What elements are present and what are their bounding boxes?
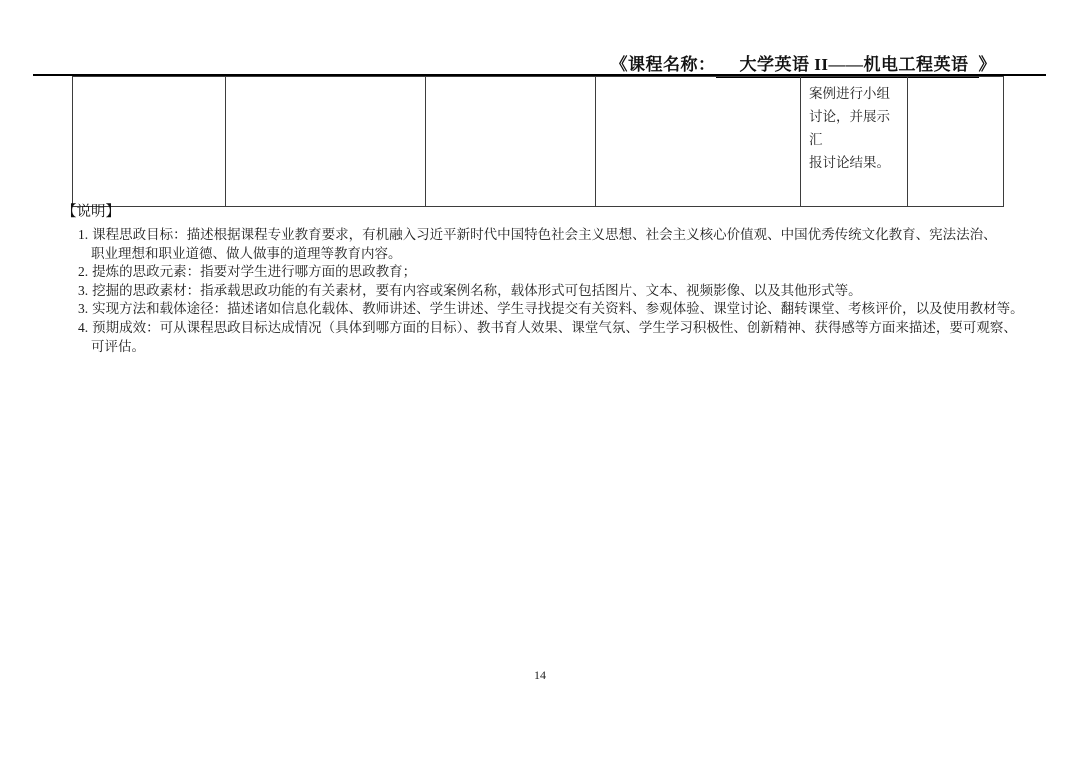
note-number: 1. bbox=[78, 227, 88, 242]
note-text: 挖掘的思政素材：指承载思政功能的有关素材，要有内容或案例名称，载体形式可包括图片… bbox=[92, 283, 862, 298]
notes-list: 1.课程思政目标：描述根据课程专业教育要求，有机融入习近平新时代中国特色社会主义… bbox=[78, 226, 1057, 356]
syllabus-table-continuation: 案例进行小组 讨论，并展示汇 报讨论结果。 bbox=[72, 76, 1004, 207]
course-title-suffix: 》 bbox=[979, 55, 997, 74]
note-item-4: 4.预期成效：可从课程思政目标达成情况（具体到哪方面的目标）、教书育人效果、课堂… bbox=[78, 319, 1057, 356]
note-number: 2. bbox=[78, 264, 88, 279]
note-item-2: 2.提炼的思政元素：指要对学生进行哪方面的思政教育； bbox=[78, 263, 1057, 282]
note-item-1: 1.课程思政目标：描述根据课程专业教育要求，有机融入习近平新时代中国特色社会主义… bbox=[78, 226, 1057, 263]
table-cell bbox=[596, 77, 801, 207]
note-text: 实现方法和载体途径：描述诸如信息化载体、教师讲述、学生讲述、学生寻找提交有关资料… bbox=[92, 301, 1024, 316]
note-text: 预期成效：可从课程思政目标达成情况（具体到哪方面的目标）、教书育人效果、课堂气氛… bbox=[91, 320, 1017, 354]
note-text: 提炼的思政元素：指要对学生进行哪方面的思政教育； bbox=[92, 264, 416, 279]
course-title-prefix: 《课程名称： bbox=[611, 55, 716, 74]
note-text: 课程思政目标：描述根据课程专业教育要求，有机融入习近平新时代中国特色社会主义思想… bbox=[91, 227, 997, 261]
notes-title: 【说明】 bbox=[62, 203, 1057, 222]
notes-section: 【说明】 1.课程思政目标：描述根据课程专业教育要求，有机融入习近平新时代中国特… bbox=[62, 203, 1057, 356]
table-cell bbox=[426, 77, 596, 207]
note-number: 3. bbox=[78, 283, 88, 298]
table-cell bbox=[908, 77, 1004, 207]
table-cell-discussion-note: 案例进行小组 讨论，并展示汇 报讨论结果。 bbox=[801, 77, 908, 207]
table-row: 案例进行小组 讨论，并展示汇 报讨论结果。 bbox=[73, 77, 1004, 207]
note-number: 4. bbox=[78, 320, 88, 335]
page-number: 14 bbox=[0, 668, 1080, 683]
document-page: 《课程名称：大学英语 II——机电工程英语》 案例进行小组 讨论，并展示汇 报讨… bbox=[0, 0, 1080, 764]
note-number: 3. bbox=[78, 301, 88, 316]
note-item-3a: 3.挖掘的思政素材：指承载思政功能的有关素材，要有内容或案例名称，载体形式可包括… bbox=[78, 282, 1057, 301]
table-cell bbox=[226, 77, 426, 207]
table-cell bbox=[73, 77, 226, 207]
note-item-3b: 3.实现方法和载体途径：描述诸如信息化载体、教师讲述、学生讲述、学生寻找提交有关… bbox=[78, 300, 1057, 319]
